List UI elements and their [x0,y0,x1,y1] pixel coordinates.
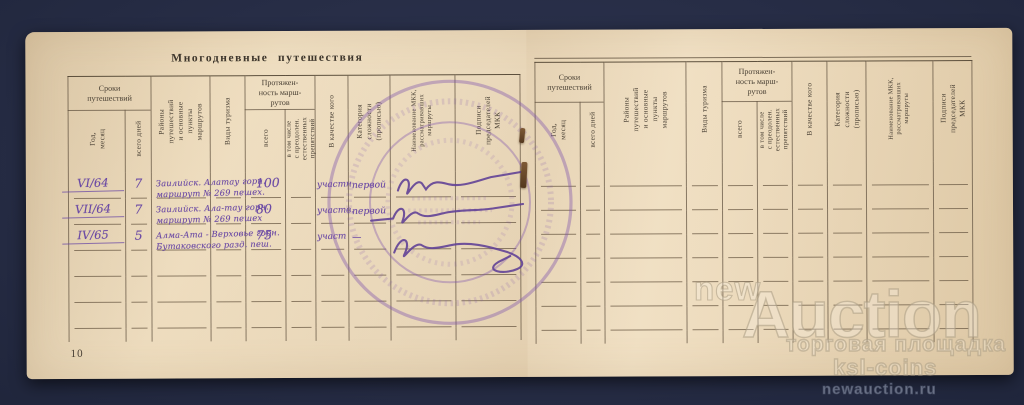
table-cell [605,234,687,258]
table-cell [723,209,758,233]
table-cell [246,224,286,250]
table-cell [126,276,152,302]
table-cell [315,171,348,197]
table-cell [723,257,758,281]
travel-table-left: Сроки путешествий Районы путешествий и о… [67,74,521,341]
table-cell [723,305,758,329]
table-cell [348,171,390,197]
table-cell [455,196,520,222]
table-cell [349,249,391,275]
table-cell [758,209,793,233]
table-cell [390,171,455,197]
header-regions: Районы путешествий и основные пункты мар… [604,62,686,162]
table-cell [867,209,934,233]
header-role: В качестве кого [792,61,827,161]
table-cell [536,282,581,306]
header-date: Год, месяц [535,102,580,162]
table-cell [316,327,349,340]
table-cell [152,302,211,328]
table-row [68,170,520,198]
table-cell [605,210,687,234]
header-days: всего дней [580,102,604,162]
table-cell [391,327,456,340]
table-cell [792,185,827,209]
table-cell [866,161,933,185]
table-cell [68,198,125,224]
table-cell [69,276,126,302]
table-cell [152,276,211,302]
table-row-stub [536,329,973,344]
table-cell [126,224,152,250]
table-cell [867,305,934,329]
watermark-site: newauction.ru [822,381,937,398]
table-cell [391,275,456,301]
table-cell [316,301,349,327]
table-cell [867,281,934,305]
table-cell [391,301,456,327]
table-cell [758,257,793,281]
table-cell [211,302,246,328]
header-category: Категория сложности (прописью) [348,75,390,171]
header-length-group: Протяжен- ность марш- рутов [722,61,792,101]
header-mkk: Наименование МКК, рассматривавших маршру… [866,61,933,161]
staple [520,162,527,188]
table-cell [69,250,126,276]
table-cell [456,248,521,274]
table-cell [605,306,687,330]
table-cell [125,198,151,224]
table-cell [827,185,866,209]
table-cell [456,274,521,300]
table-cell [286,327,316,340]
table-cell [286,301,316,327]
page-number-left: 10 [71,348,84,360]
table-cell [69,328,126,341]
table-cell [933,161,972,185]
header-signatures: Подписи председателей МКК [933,61,972,161]
header-date: Год, месяц [68,110,125,172]
table-cell [151,198,210,224]
table-cell [285,197,315,223]
table-cell [286,275,316,301]
table-cell [722,161,757,185]
table-cell [535,186,580,210]
travel-table-right: Сроки путешествий Районы путешествий и о… [534,60,973,343]
table-cell [245,172,285,198]
table-cell [126,250,152,276]
table-cell [316,275,349,301]
table-row [69,300,521,328]
table-cell [581,210,605,234]
page-title: Многодневные путешествия [67,51,467,65]
table-cell [536,306,581,330]
header-role: В качестве кого [315,75,348,171]
header-regions: Районы путешествий и основные пункты мар… [151,76,210,172]
header-including: в том числе с преодолен. естественных пр… [285,109,315,171]
table-cell [211,276,246,302]
table-cell [758,305,793,329]
table-cell [687,210,723,234]
table-cell [456,222,521,248]
table-cell [604,186,686,210]
table-cell [285,171,315,197]
table-cell [315,197,348,223]
table-cell [793,209,828,233]
table-cell [934,257,973,281]
table-cell [828,329,867,342]
table-cell [316,223,349,249]
table-row [536,257,973,283]
table-cell [827,161,866,185]
table-cell [152,250,211,276]
table-cell [535,162,580,186]
table-cell [793,305,828,329]
table-cell [793,281,828,305]
table-cell [246,302,286,328]
table-row [69,274,521,302]
table-row [68,196,520,224]
table-cell [580,186,604,210]
table-cell [126,328,152,341]
table-cell [246,276,286,302]
table-cell [152,328,211,341]
table-cell [793,257,828,281]
table-cell [211,328,246,341]
table-cell [211,250,246,276]
table-cell [686,162,722,186]
table-cell [210,172,245,198]
table-cell [687,282,723,306]
table-cell [536,234,581,258]
header-tourism-type: Виды туризма [210,76,245,172]
table-cell [152,224,211,250]
table-cell [723,233,758,257]
table-cell [722,185,757,209]
table-cell [793,329,828,342]
table-cell [934,305,973,329]
table-cell [687,306,723,330]
table-cell [758,233,793,257]
table-cell [69,302,126,328]
booklet-spread: Многодневные путешествия 10 11 Сроки пут… [25,28,1014,379]
table-cell [455,170,520,196]
table-cell [933,185,972,209]
table-cell [828,257,867,281]
table-row [536,305,973,331]
table-cell [828,305,867,329]
table-cell [605,282,687,306]
table-cell [581,258,605,282]
table-cell [246,250,286,276]
table-row [536,209,973,235]
table-cell [316,249,349,275]
table-cell [246,328,286,341]
table-cell [125,172,151,198]
table-cell [286,223,316,249]
table-cell [456,300,521,326]
table-cell [934,233,973,257]
table-cell [686,186,722,210]
table-cell [687,234,723,258]
table-cell [758,329,793,342]
header-including: в том числе с преодолен. естественных пр… [757,101,792,161]
table-cell [723,281,758,305]
table-cell [828,233,867,257]
table-cell [934,281,973,305]
header-dates-group: Сроки путешествий [535,62,604,102]
table-cell [867,233,934,257]
table-cell [536,330,581,343]
table-cell [349,275,391,301]
table-cell [687,258,723,282]
table-row [535,161,972,187]
table-cell [867,329,934,342]
table-cell [723,329,758,342]
table-cell [581,282,605,306]
table-cell [687,330,723,343]
table-cell [151,172,210,198]
table-cell [793,233,828,257]
table-cell [126,302,152,328]
table-cell [581,306,605,330]
table-cell [68,172,125,198]
header-signatures: Подписи председателей МКК [455,74,520,170]
table-cell [866,185,933,209]
table-cell [604,162,686,186]
header-tourism-type: Виды туризма [686,62,722,162]
header-category: Категория сложности (прописью) [827,61,866,161]
table-row-stub [69,326,521,341]
table-cell [605,330,687,343]
table-cell [792,161,827,185]
table-cell [581,330,605,343]
table-cell [391,249,456,275]
table-row [536,281,973,307]
table-cell [349,301,391,327]
table-cell [211,224,246,250]
table-cell [349,223,391,249]
table-row [69,222,521,250]
table-cell [757,185,792,209]
table-cell [210,198,245,224]
table-cell [456,326,521,339]
table-cell [286,249,316,275]
table-cell [348,197,390,223]
table-cell [934,209,973,233]
table-cell [867,257,934,281]
table-cell [536,210,581,234]
header-days: всего дней [125,110,151,172]
table-cell [757,161,792,185]
table-cell [349,327,391,340]
header-length-group: Протяжен- ность марш- рутов [245,75,315,109]
header-total: всего [245,110,285,172]
table-row [69,248,521,276]
table-cell [391,223,456,249]
table-cell [828,281,867,305]
table-row [535,185,972,211]
table-cell [536,258,581,282]
table-cell [580,162,604,186]
table-cell [605,258,687,282]
table-cell [390,197,455,223]
header-dates-group: Сроки путешествий [68,76,151,110]
table-cell [69,224,126,250]
table-cell [828,209,867,233]
photo-of-document: { "booklet": { "headers": { "dates_group… [0,0,1024,405]
table-cell [245,198,285,224]
table-cell [581,234,605,258]
table-cell [934,329,973,342]
table-cell [758,281,793,305]
header-total: всего [722,101,757,161]
table-row [536,233,973,259]
header-mkk: Наименование МКК, рассматривавших маршру… [390,75,455,171]
